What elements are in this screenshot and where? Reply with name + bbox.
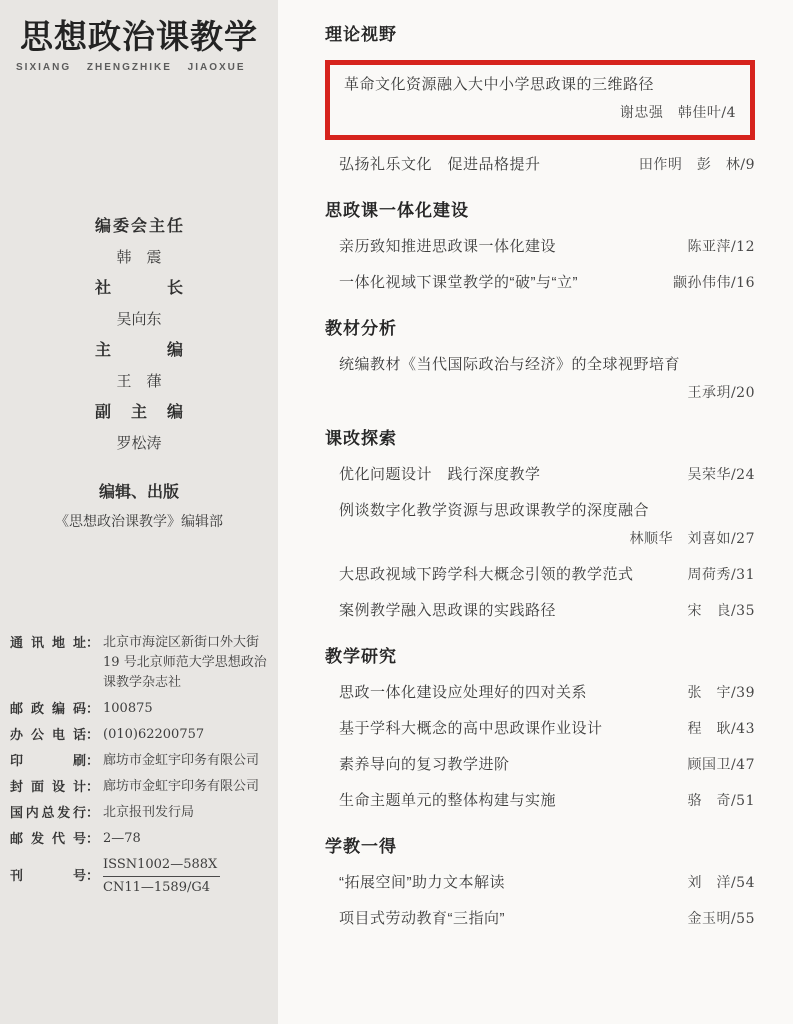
info-row-postcode: 邮政编码 ： 100875	[10, 699, 268, 719]
info-label: 封面设计	[10, 777, 86, 797]
article-authors: 周荷秀/31	[687, 565, 755, 586]
section-heading: 理论视野	[325, 24, 755, 45]
article-authors: 陈亚萍/12	[687, 237, 755, 258]
article-authors: 谢忠强 韩佳叶/4	[344, 103, 736, 124]
journal-pinyin: SIXIANG ZHENGZHIKE JIAOXUE	[10, 62, 268, 73]
article-row: “拓展空间”助力文本解读 刘 洋/54	[339, 872, 755, 894]
info-label: 国内总发行	[10, 803, 86, 823]
masthead-sidebar: 思想政治课教学 SIXIANG ZHENGZHIKE JIAOXUE 编委会主任…	[0, 0, 278, 1024]
info-value: 北京市海淀区新街口外大街 19 号北京师范大学思想政治课教学杂志社	[103, 633, 268, 693]
issn-number: ISSN1002—588X	[103, 855, 220, 877]
article-row: 一体化视域下课堂教学的“破”与“立” 颛孙伟伟/16	[339, 272, 755, 294]
toc-section-textbook-analysis: 教材分析 统编教材《当代国际政治与经济》的全球视野培育 王承玥/20	[325, 318, 755, 404]
info-label: 邮政编码	[10, 699, 86, 719]
publisher-name: 《思想政治课教学》编辑部	[10, 511, 268, 531]
article-authors: 骆 奇/51	[687, 791, 755, 812]
article-title: 统编教材《当代国际政治与经济》的全球视野培育	[339, 354, 755, 375]
info-colon: ：	[86, 829, 99, 849]
article-row: 生命主题单元的整体构建与实施 骆 奇/51	[339, 790, 755, 812]
role-name: 吴向东	[10, 304, 268, 335]
info-row-journal-number: 刊号 ： ISSN1002—588X CN11—1589/G4	[10, 855, 268, 898]
article-row: 优化问题设计 践行深度教学 吴荣华/24	[339, 464, 755, 486]
journal-number-fraction: ISSN1002—588X CN11—1589/G4	[103, 855, 268, 898]
article-authors: 田作明 彭 林/9	[639, 155, 755, 176]
article-row: 基于学科大概念的高中思政课作业设计 程 耿/43	[339, 718, 755, 740]
role-label: 副主编	[95, 397, 183, 428]
article-title: 弘扬礼乐文化 促进品格提升	[339, 154, 541, 175]
article-title: 革命文化资源融入大中小学思政课的三维路径	[344, 74, 736, 95]
role-name: 韩 震	[10, 242, 268, 273]
info-value: 廊坊市金虹宇印务有限公司	[103, 751, 268, 771]
toc-section-theory: 理论视野 革命文化资源融入大中小学思政课的三维路径 谢忠强 韩佳叶/4 弘扬礼乐…	[325, 24, 755, 176]
article-authors: 张 宇/39	[687, 683, 755, 704]
info-colon: ：	[86, 699, 99, 719]
info-value: (010)62200757	[103, 725, 268, 745]
article-title: “拓展空间”助力文本解读	[339, 872, 505, 893]
role-label: 编委会主任	[95, 211, 183, 242]
article-row: 项目式劳动教育“三指向” 金玉明/55	[339, 908, 755, 930]
publisher-block: 编辑、出版 《思想政治课教学》编辑部	[10, 481, 268, 531]
article-title: 例谈数字化教学资源与思政课教学的深度融合	[339, 500, 755, 521]
toc-section-teaching-research: 教学研究 思政一体化建设应处理好的四对关系 张 宇/39 基于学科大概念的高中思…	[325, 646, 755, 812]
article-title: 一体化视域下课堂教学的“破”与“立”	[339, 272, 578, 293]
article-authors: 刘 洋/54	[687, 873, 755, 894]
article-row-highlighted[interactable]: 革命文化资源融入大中小学思政课的三维路径 谢忠强 韩佳叶/4	[344, 74, 736, 124]
section-heading: 学教一得	[325, 836, 755, 857]
role-label: 主编	[95, 335, 183, 366]
info-colon: ：	[86, 633, 99, 693]
info-label: 刊号	[10, 866, 86, 886]
info-row-post-code-number: 邮发代号 ： 2—78	[10, 829, 268, 849]
imprint-info: 通讯地址 ： 北京市海淀区新街口外大街 19 号北京师范大学思想政治课教学杂志社…	[10, 633, 268, 898]
journal-title: 思想政治课教学	[10, 16, 268, 59]
info-label: 办公电话	[10, 725, 86, 745]
editorial-roles: 编委会主任 韩 震 社长 吴向东 主编 王 葎 副主编 罗松涛	[10, 211, 268, 459]
article-authors: 林顺华 刘喜如/27	[339, 529, 755, 550]
article-title: 思政一体化建设应处理好的四对关系	[339, 682, 587, 703]
article-row: 亲历致知推进思政课一体化建设 陈亚萍/12	[339, 236, 755, 258]
info-label: 印刷	[10, 751, 86, 771]
info-label: 通讯地址	[10, 633, 86, 693]
info-row-address: 通讯地址 ： 北京市海淀区新街口外大街 19 号北京师范大学思想政治课教学杂志社	[10, 633, 268, 693]
article-title: 案例教学融入思政课的实践路径	[339, 600, 556, 621]
article-title: 生命主题单元的整体构建与实施	[339, 790, 556, 811]
article-title: 基于学科大概念的高中思政课作业设计	[339, 718, 603, 739]
article-row: 素养导向的复习教学进阶 顾国卫/47	[339, 754, 755, 776]
section-heading: 课改探索	[325, 428, 755, 449]
publisher-heading: 编辑、出版	[10, 481, 268, 505]
article-authors: 顾国卫/47	[687, 755, 755, 776]
article-row: 弘扬礼乐文化 促进品格提升 田作明 彭 林/9	[339, 154, 755, 176]
article-row: 统编教材《当代国际政治与经济》的全球视野培育 王承玥/20	[339, 354, 755, 404]
section-heading: 思政课一体化建设	[325, 200, 755, 221]
article-title: 亲历致知推进思政课一体化建设	[339, 236, 556, 257]
article-title: 素养导向的复习教学进阶	[339, 754, 510, 775]
info-value: 北京报刊发行局	[103, 803, 268, 823]
article-authors: 程 耿/43	[687, 719, 755, 740]
info-label: 邮发代号	[10, 829, 86, 849]
article-authors: 宋 良/35	[687, 601, 755, 622]
info-colon: ：	[86, 777, 99, 797]
toc-section-curriculum-reform: 课改探索 优化问题设计 践行深度教学 吴荣华/24 例谈数字化教学资源与思政课教…	[325, 428, 755, 622]
info-colon: ：	[86, 751, 99, 771]
info-row-distributor: 国内总发行 ： 北京报刊发行局	[10, 803, 268, 823]
article-row: 大思政视域下跨学科大概念引领的教学范式 周荷秀/31	[339, 564, 755, 586]
toc-section-integration: 思政课一体化建设 亲历致知推进思政课一体化建设 陈亚萍/12 一体化视域下课堂教…	[325, 200, 755, 294]
info-colon: ：	[86, 803, 99, 823]
article-title: 大思政视域下跨学科大概念引领的教学范式	[339, 564, 634, 585]
cn-number: CN11—1589/G4	[103, 877, 220, 898]
section-heading: 教学研究	[325, 646, 755, 667]
article-authors: 颛孙伟伟/16	[673, 273, 755, 294]
info-row-printer: 印刷 ： 廊坊市金虹宇印务有限公司	[10, 751, 268, 771]
article-row: 思政一体化建设应处理好的四对关系 张 宇/39	[339, 682, 755, 704]
section-heading: 教材分析	[325, 318, 755, 339]
article-authors: 金玉明/55	[687, 909, 755, 930]
article-row: 案例教学融入思政课的实践路径 宋 良/35	[339, 600, 755, 622]
info-row-cover-design: 封面设计 ： 廊坊市金虹宇印务有限公司	[10, 777, 268, 797]
toc-section-learning-insights: 学教一得 “拓展空间”助力文本解读 刘 洋/54 项目式劳动教育“三指向” 金玉…	[325, 836, 755, 930]
role-name: 罗松涛	[10, 428, 268, 459]
article-row: 例谈数字化教学资源与思政课教学的深度融合 林顺华 刘喜如/27	[339, 500, 755, 550]
highlight-box: 革命文化资源融入大中小学思政课的三维路径 谢忠强 韩佳叶/4	[325, 60, 755, 140]
info-row-phone: 办公电话 ： (010)62200757	[10, 725, 268, 745]
article-authors: 吴荣华/24	[687, 465, 755, 486]
article-title: 项目式劳动教育“三指向”	[339, 908, 505, 929]
magazine-toc-page: 思想政治课教学 SIXIANG ZHENGZHIKE JIAOXUE 编委会主任…	[0, 0, 793, 1024]
info-value: 2—78	[103, 829, 268, 849]
role-name: 王 葎	[10, 366, 268, 397]
toc-main: 理论视野 革命文化资源融入大中小学思政课的三维路径 谢忠强 韩佳叶/4 弘扬礼乐…	[278, 0, 793, 1024]
article-title: 优化问题设计 践行深度教学	[339, 464, 541, 485]
info-colon: ：	[86, 866, 99, 886]
info-value: 100875	[103, 699, 268, 719]
article-authors: 王承玥/20	[339, 383, 755, 404]
info-value: 廊坊市金虹宇印务有限公司	[103, 777, 268, 797]
info-colon: ：	[86, 725, 99, 745]
role-label: 社长	[95, 273, 183, 304]
